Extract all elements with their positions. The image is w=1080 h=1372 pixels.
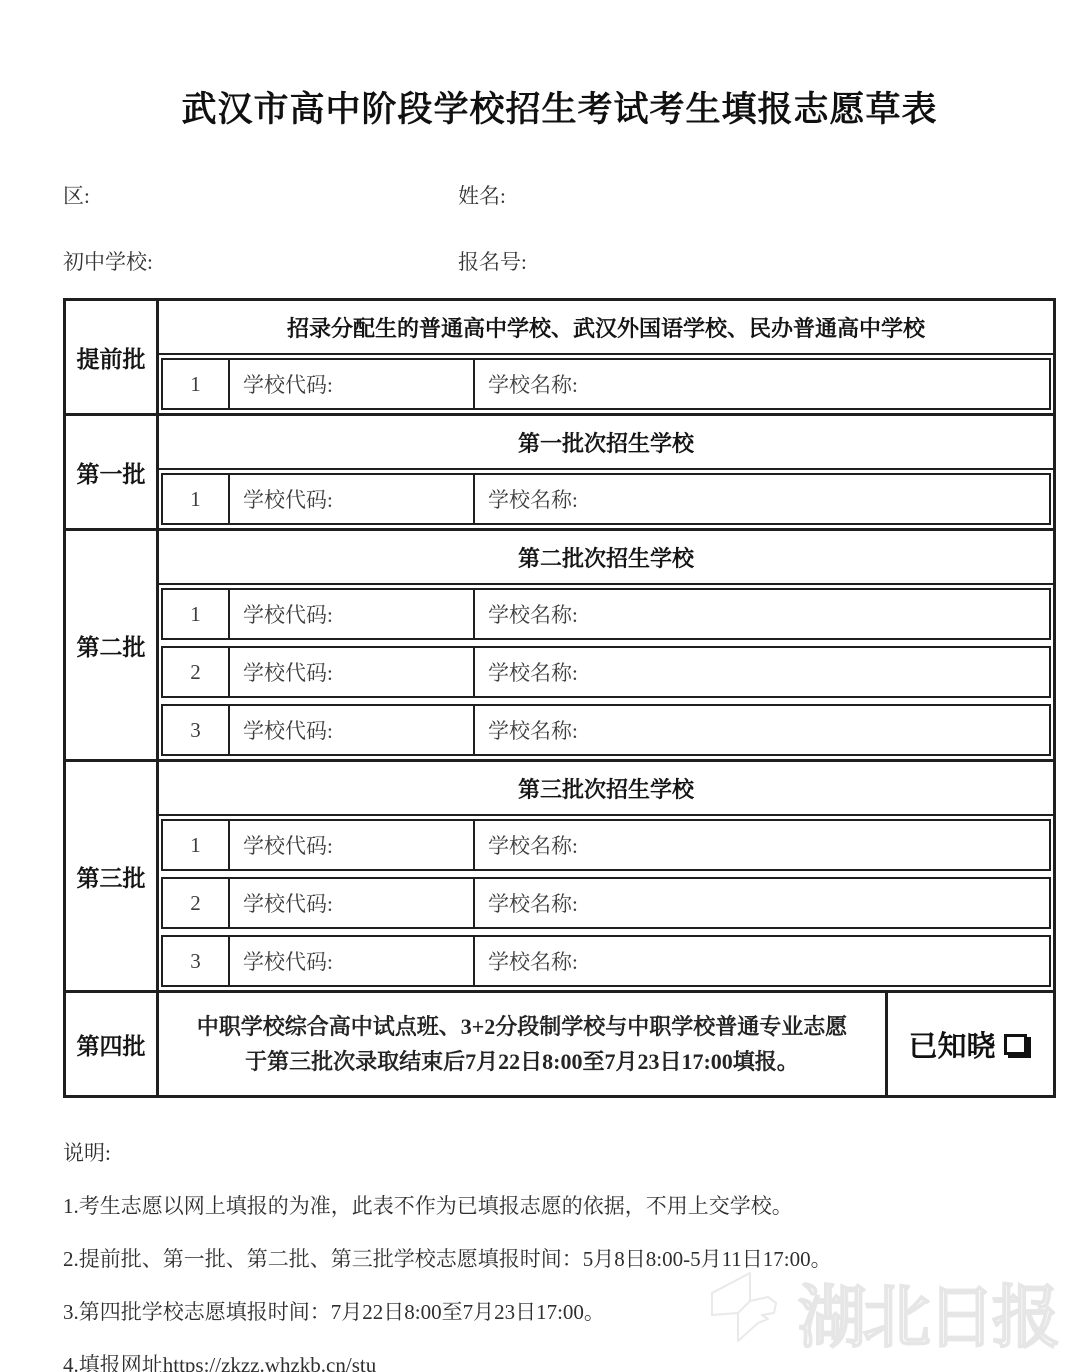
- section-fourth-batch: 第四批 中职学校综合高中试点班、3+2分段制学校与中职学校普通专业志愿 于第三批…: [66, 993, 1053, 1095]
- section-header: 第二批次招生学校: [159, 531, 1053, 585]
- middle-school-field-label: 初中学校:: [63, 246, 458, 276]
- candidate-info-fields: 区: 姓名: 初中学校: 报名号:: [63, 180, 1056, 276]
- row-number: 3: [163, 937, 230, 985]
- table-row: 1 学校代码: 学校名称:: [161, 358, 1051, 410]
- school-code-label: 学校代码:: [230, 706, 475, 754]
- school-name-label: 学校名称:: [475, 590, 1049, 638]
- school-name-label: 学校名称:: [475, 937, 1049, 985]
- school-name-label: 学校名称:: [475, 706, 1049, 754]
- school-code-label: 学校代码:: [230, 590, 475, 638]
- row-number: 1: [163, 590, 230, 638]
- section-header: 第三批次招生学校: [159, 762, 1053, 816]
- school-code-label: 学校代码:: [230, 648, 475, 696]
- page-title: 武汉市高中阶段学校招生考试考生填报志愿草表: [63, 0, 1056, 134]
- table-row: 2 学校代码: 学校名称:: [161, 646, 1051, 698]
- school-code-label: 学校代码:: [230, 475, 475, 523]
- table-row: 3 学校代码: 学校名称:: [161, 935, 1051, 987]
- school-code-label: 学校代码:: [230, 937, 475, 985]
- acknowledge-checkbox: [1004, 1034, 1027, 1055]
- acknowledge-cell: 已知晓: [885, 993, 1053, 1095]
- district-field-label: 区:: [63, 180, 458, 210]
- section-advance-batch: 提前批 招录分配生的普通高中学校、武汉外国语学校、民办普通高中学校 1 学校代码…: [66, 301, 1053, 416]
- fields-row-1: 区: 姓名:: [63, 180, 1056, 210]
- school-name-label: 学校名称:: [475, 648, 1049, 696]
- notes-heading: 说明:: [63, 1140, 1056, 1167]
- row-number: 2: [163, 879, 230, 927]
- acknowledge-label: 已知晓: [908, 1024, 995, 1065]
- row-number: 1: [163, 821, 230, 869]
- table-row: 1 学校代码: 学校名称:: [161, 819, 1051, 871]
- reg-no-field-label: 报名号:: [458, 246, 527, 276]
- section-second-batch: 第二批 第二批次招生学校 1 学校代码: 学校名称: 2 学校代码: 学校名称:…: [66, 531, 1053, 762]
- section-first-batch: 第一批 第一批次招生学校 1 学校代码: 学校名称:: [66, 416, 1053, 531]
- note-item-3: 3.第四批学校志愿填报时间：7月22日8:00至7月23日17:00。: [63, 1299, 1056, 1326]
- table-row: 1 学校代码: 学校名称:: [161, 473, 1051, 525]
- batch-label: 第四批: [66, 993, 159, 1095]
- row-number: 2: [163, 648, 230, 696]
- name-field-label: 姓名:: [458, 180, 506, 210]
- school-code-label: 学校代码:: [230, 821, 475, 869]
- note-item-4: 4.填报网址https://zkzz.whzkb.cn/stu: [63, 1352, 1056, 1372]
- school-code-label: 学校代码:: [230, 360, 475, 408]
- school-name-label: 学校名称:: [475, 821, 1049, 869]
- form-page: 武汉市高中阶段学校招生考试考生填报志愿草表 区: 姓名: 初中学校: 报名号: …: [63, 0, 1056, 1372]
- section-third-batch: 第三批 第三批次招生学校 1 学校代码: 学校名称: 2 学校代码: 学校名称:…: [66, 762, 1053, 993]
- fourth-batch-description: 中职学校综合高中试点班、3+2分段制学校与中职学校普通专业志愿 于第三批次录取结…: [159, 993, 885, 1095]
- batch-label: 第一批: [66, 416, 159, 528]
- section-header: 第一批次招生学校: [159, 416, 1053, 470]
- section-header: 招录分配生的普通高中学校、武汉外国语学校、民办普通高中学校: [159, 301, 1053, 355]
- batch-label: 提前批: [66, 301, 159, 413]
- school-name-label: 学校名称:: [475, 475, 1049, 523]
- school-name-label: 学校名称:: [475, 360, 1049, 408]
- volunteer-table: 提前批 招录分配生的普通高中学校、武汉外国语学校、民办普通高中学校 1 学校代码…: [63, 298, 1056, 1098]
- row-number: 1: [163, 475, 230, 523]
- row-number: 1: [163, 360, 230, 408]
- table-row: 2 学校代码: 学校名称:: [161, 877, 1051, 929]
- table-row: 3 学校代码: 学校名称:: [161, 704, 1051, 756]
- school-name-label: 学校名称:: [475, 879, 1049, 927]
- row-number: 3: [163, 706, 230, 754]
- table-row: 1 学校代码: 学校名称:: [161, 588, 1051, 640]
- note-item-2: 2.提前批、第一批、第二批、第三批学校志愿填报时间：5月8日8:00-5月11日…: [63, 1246, 1056, 1273]
- fields-row-2: 初中学校: 报名号:: [63, 246, 1056, 276]
- school-code-label: 学校代码:: [230, 879, 475, 927]
- batch-label: 第二批: [66, 531, 159, 759]
- notes-section: 说明: 1.考生志愿以网上填报的为准，此表不作为已填报志愿的依据，不用上交学校。…: [63, 1140, 1056, 1372]
- batch-label: 第三批: [66, 762, 159, 990]
- note-item-1: 1.考生志愿以网上填报的为准，此表不作为已填报志愿的依据，不用上交学校。: [63, 1193, 1056, 1220]
